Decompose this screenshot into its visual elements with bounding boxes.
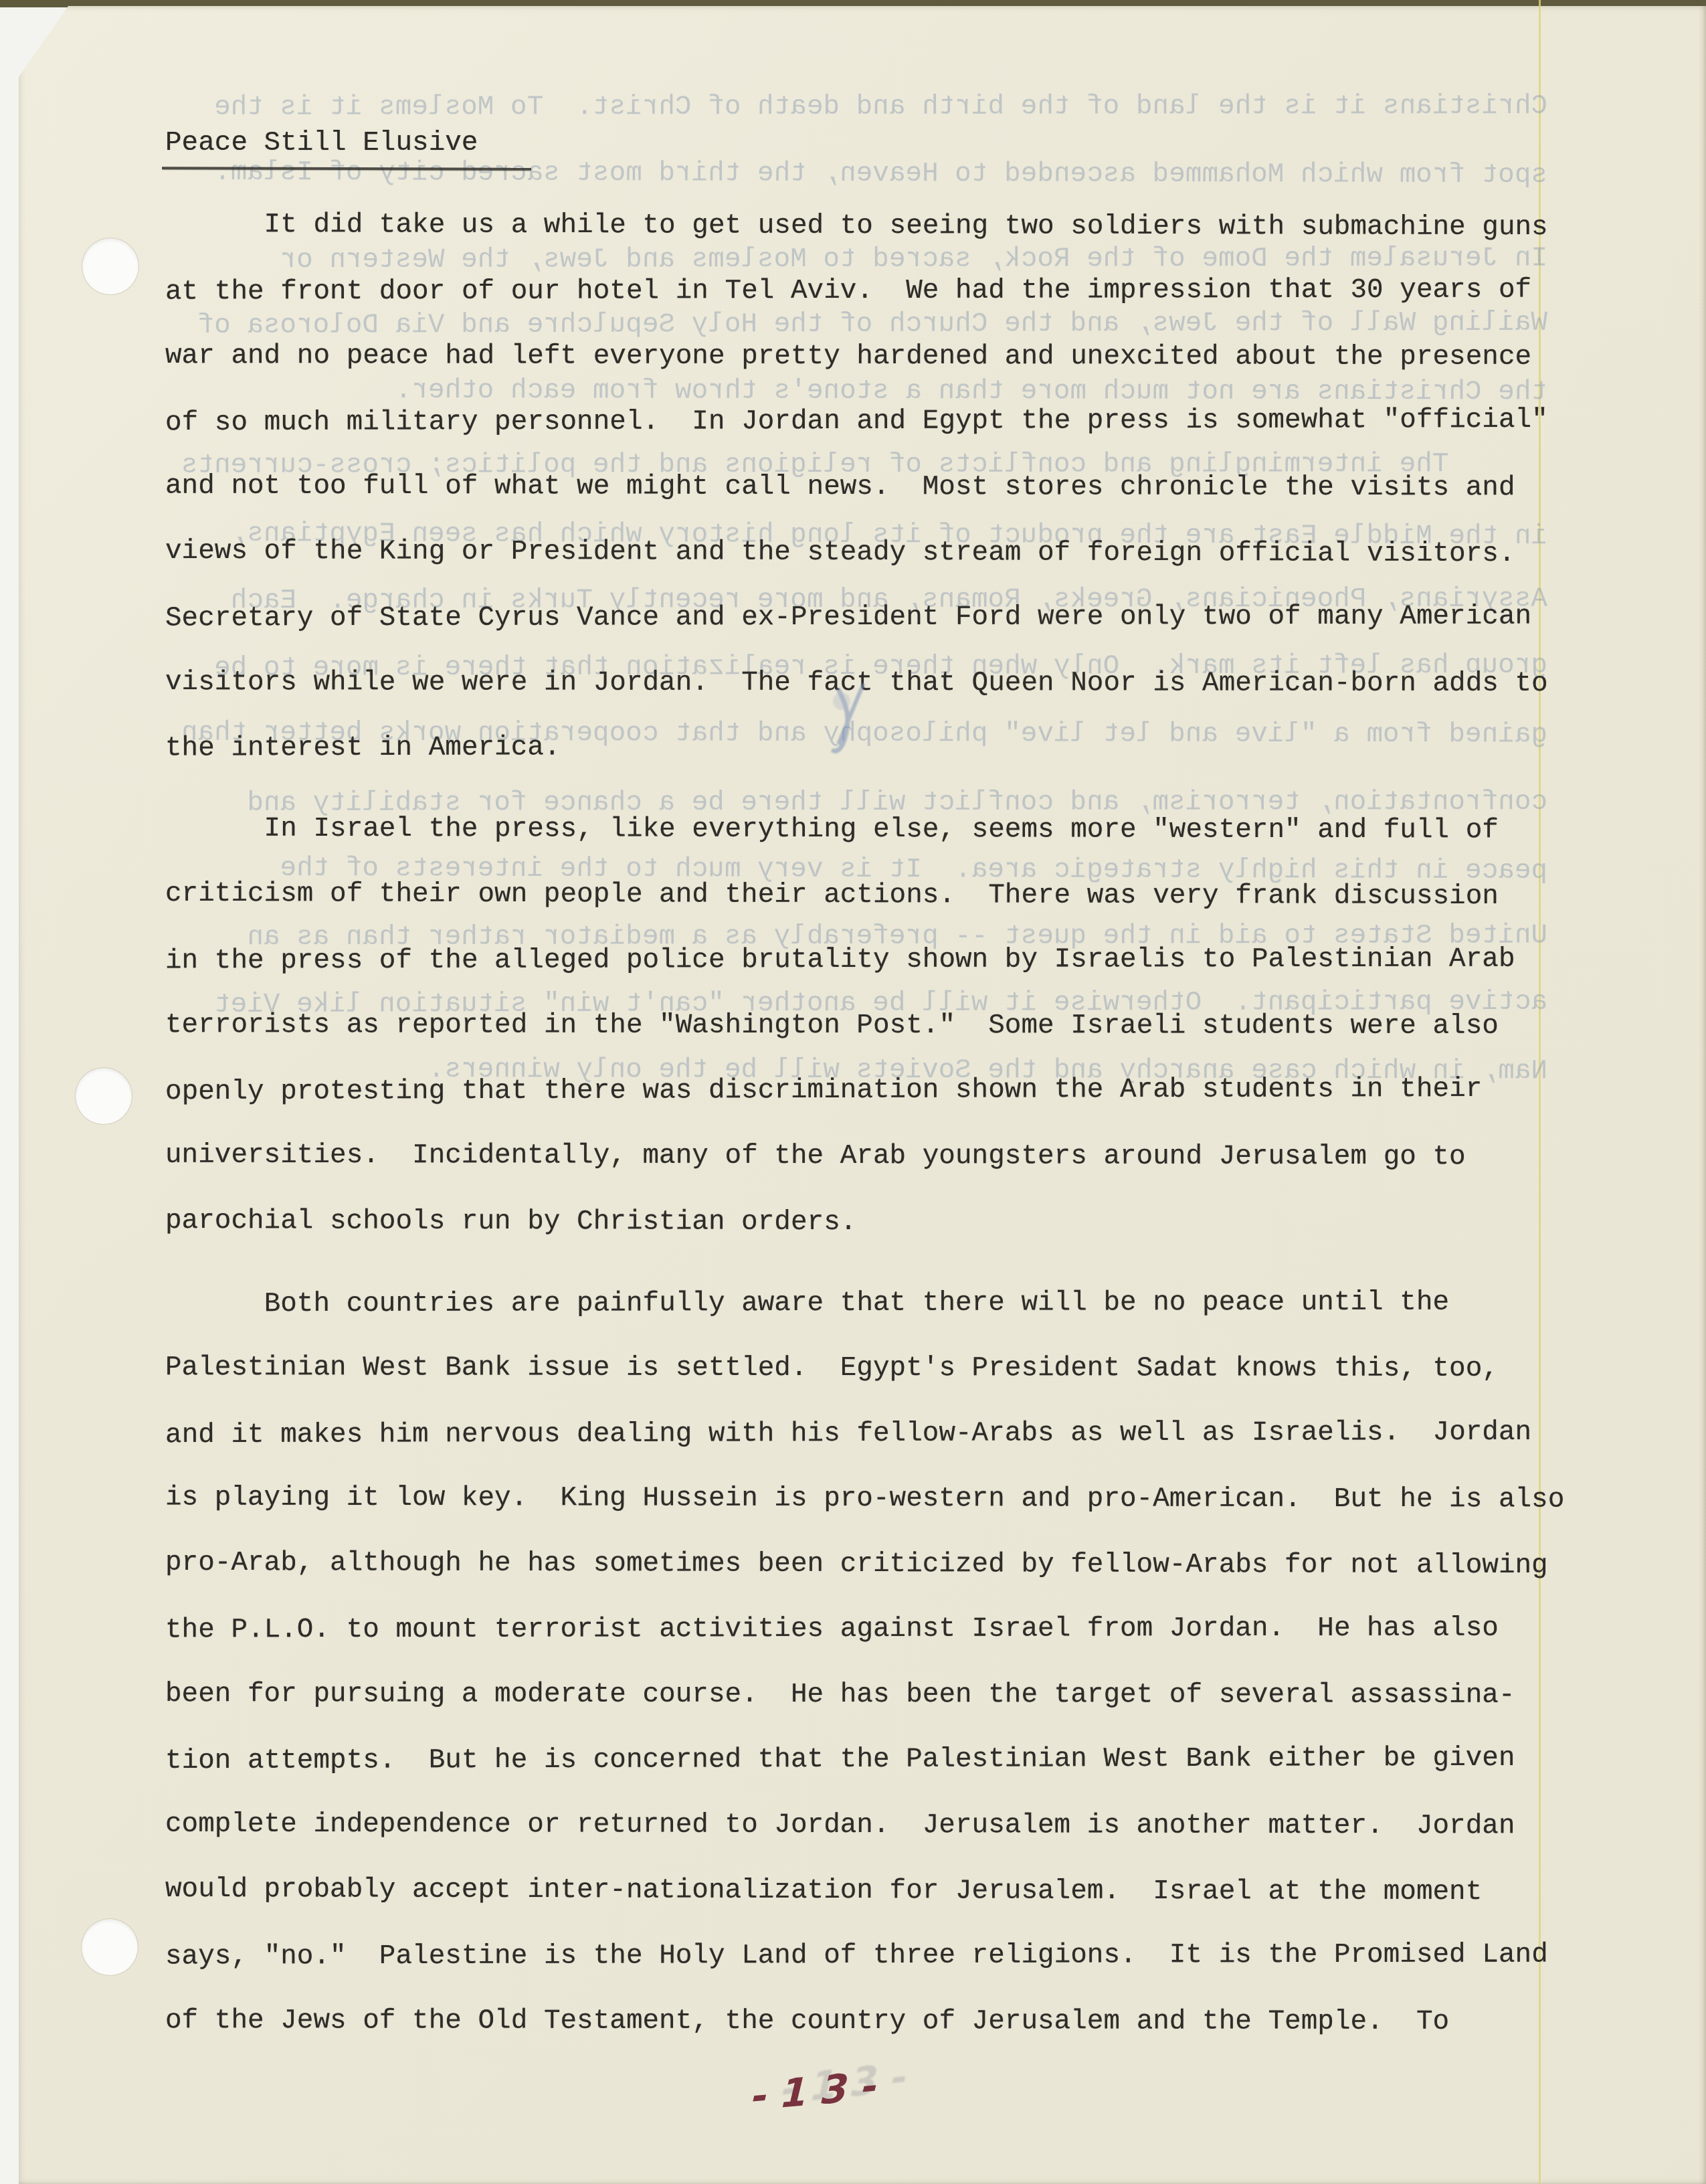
typed-line: says, "no." Palestine is the Holy Land o… [165, 1942, 1548, 1971]
typed-line: views of the King or President and the s… [165, 538, 1515, 568]
typed-line: terrorists as reported in the "Washingto… [165, 1012, 1499, 1040]
bleedthrough-line: the Christians are not much more than a … [165, 377, 1547, 407]
typed-line: and it makes him nervous dealing with hi… [165, 1419, 1531, 1449]
bleedthrough-line: spot from which Mohammed ascended to Hea… [165, 159, 1547, 189]
bleedthrough-line: In Jerusalem the Dome of the Rock, sacre… [165, 246, 1547, 275]
page-title: Peace Still Elusive [165, 130, 478, 157]
typed-line: and not too full of what we might call n… [165, 473, 1515, 503]
typed-line: In Israel the press, like everything els… [165, 816, 1499, 845]
typed-line: openly protesting that there was discrim… [165, 1076, 1482, 1106]
scanned-typewritten-page: { "document": { "title": "Peace Still El… [0, 0, 1706, 2184]
typed-line: Both countries are painfully aware that … [165, 1289, 1449, 1319]
typed-line: of so much military personnel. In Jordan… [165, 407, 1548, 437]
typed-line: pro-Arab, although he has sometimes been… [165, 1550, 1548, 1580]
bleedthrough-line: Wailing Wall of the Jews, and the Church… [165, 310, 1547, 340]
typed-line: tion attempts. But he is concerned that … [165, 1745, 1515, 1775]
typed-line: been for pursuing a moderate course. He … [165, 1681, 1515, 1710]
typed-line: Secretary of State Cyrus Vance and ex-Pr… [165, 604, 1531, 633]
typed-line: parochial schools run by Christian order… [165, 1208, 856, 1237]
typed-line: criticism of their own people and their … [165, 881, 1499, 911]
hole-punch-bottom [82, 1919, 138, 1975]
typed-line: universities. Incidentally, many of the … [165, 1142, 1466, 1172]
typed-line: Palestinian West Bank issue is settled. … [165, 1354, 1499, 1383]
hole-punch-top [82, 238, 138, 294]
typed-line: at the front door of our hotel in Tel Av… [165, 277, 1531, 306]
typed-line: the P.L.O. to mount terrorist activities… [165, 1615, 1499, 1645]
bleedthrough-line: Christians it is the land of the birth a… [165, 93, 1547, 122]
typed-line: It did take us a while to get used to se… [165, 211, 1548, 242]
typed-line: complete independence or returned to Jor… [165, 1811, 1515, 1841]
typed-line: the interest in America. [165, 734, 561, 762]
blue-ink-mark [822, 681, 886, 761]
typed-line: of the Jews of the Old Testament, the co… [165, 2007, 1449, 2036]
typed-line: war and no peace had left everyone prett… [165, 343, 1531, 371]
hole-punch-middle [76, 1068, 132, 1124]
typed-line: would probably accept inter-nationalizat… [165, 1876, 1482, 1906]
typed-line: in the press of the alleged police bruta… [165, 946, 1515, 976]
typed-line: is playing it low key. King Hussein is p… [165, 1485, 1564, 1514]
